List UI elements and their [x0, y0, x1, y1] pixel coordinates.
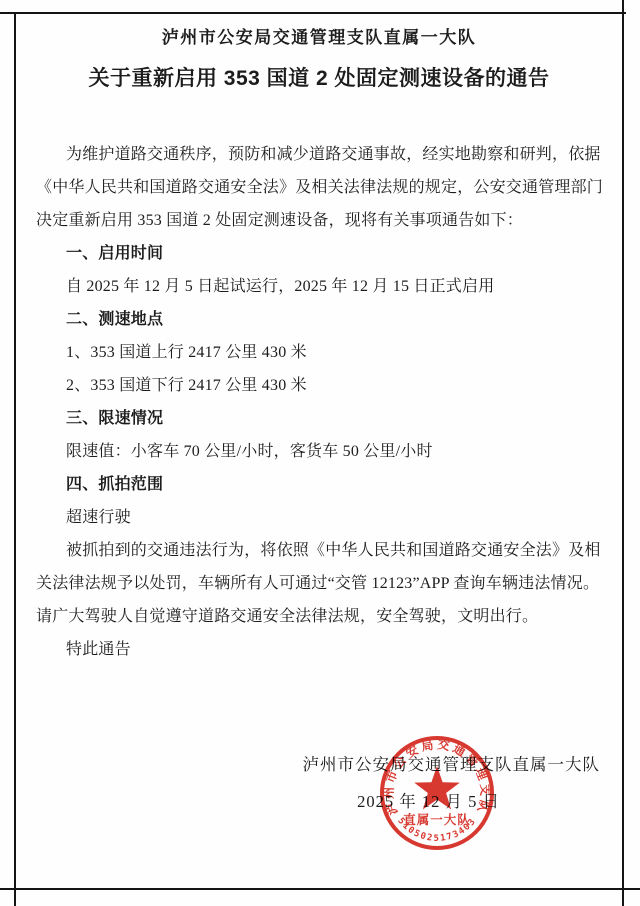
body-line: 四、抓拍范围	[36, 468, 602, 501]
body-line: 关法律法规予以处罚，车辆所有人可通过“交管 12123”APP 查询车辆违法情况…	[36, 567, 602, 600]
body-line: 二、测速地点	[36, 303, 602, 336]
body-line: 请广大驾驶人自觉遵守道路交通安全法律法规，安全驾驶，文明出行。	[36, 600, 602, 633]
body-line: 限速值：小客车 70 公里/小时，客货车 50 公里/小时	[36, 435, 602, 468]
body-line: 为维护道路交通秩序，预防和减少道路交通事故，经实地勘察和研判，依据	[36, 138, 602, 171]
body-line: 三、限速情况	[36, 402, 602, 435]
body-line: 一、启用时间	[36, 237, 602, 270]
page-frame-right-line	[622, 0, 624, 906]
document-content: 泸州市公安局交通管理支队直属一大队 关于重新启用 353 国道 2 处固定测速设…	[36, 0, 602, 666]
page-frame-bottom-line	[0, 888, 640, 890]
body-line: 2、353 国道下行 2417 公里 430 米	[36, 369, 602, 402]
body-line: 1、353 国道上行 2417 公里 430 米	[36, 336, 602, 369]
body-line: 超速行驶	[36, 501, 602, 534]
body-line: 特此通告	[36, 633, 602, 666]
body-line: 《中华人民共和国道路交通安全法》及相关法律法规的规定，公安交通管理部门	[36, 171, 602, 204]
body-line: 决定重新启用 353 国道 2 处固定测速设备，现将有关事项通告如下：	[36, 204, 602, 237]
seal-center-label: 直属一大队	[403, 812, 471, 827]
notice-page: 泸州市公安局交通管理支队直属一大队 关于重新启用 353 国道 2 处固定测速设…	[0, 0, 640, 906]
official-seal: 泸州市公安局交通管理支队 直属一大队 5105025173403	[375, 731, 499, 855]
body-line: 自 2025 年 12 月 5 日起试运行，2025 年 12 月 15 日正式…	[36, 270, 602, 303]
document-body: 为维护道路交通秩序，预防和减少道路交通事故，经实地勘察和研判，依据《中华人民共和…	[36, 138, 602, 666]
body-line: 被抓拍到的交通违法行为，将依照《中华人民共和国道路交通安全法》及相	[36, 534, 602, 567]
document-org-title: 泸州市公安局交通管理支队直属一大队	[36, 26, 602, 50]
star-icon	[414, 766, 460, 809]
page-frame-left-line	[14, 12, 16, 906]
document-title: 关于重新启用 353 国道 2 处固定测速设备的通告	[36, 64, 602, 94]
